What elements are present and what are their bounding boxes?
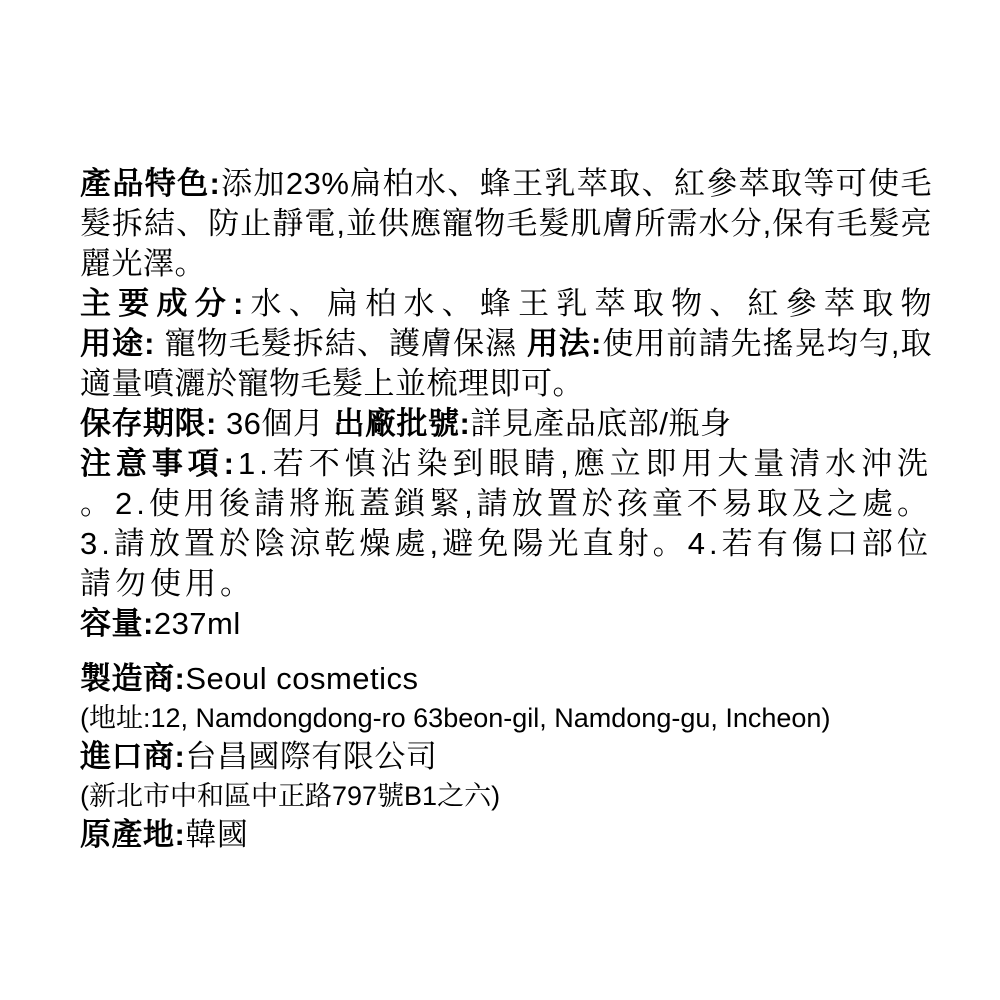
volume-text: 237ml: [154, 606, 241, 641]
origin-paragraph: 原產地:韓國: [80, 815, 932, 855]
usage-label: 用途:: [80, 326, 155, 361]
shelf-life-paragraph: 保存期限: 36個月 出廠批號:詳見產品底部/瓶身: [80, 404, 932, 444]
product-label: 產品特色:添加23%扁柏水、蜂王乳萃取、紅參萃取等可使毛髮拆結、防止靜電,並供應…: [80, 164, 932, 855]
manufacturer-paragraph: 製造商:Seoul cosmetics: [80, 659, 932, 699]
manufacturer-address: (地址:12, Namdongdong-ro 63beon-gil, Namdo…: [80, 699, 932, 737]
features-label: 產品特色:: [80, 166, 220, 201]
usage-text: 寵物毛髮拆結、護膚保濕: [155, 326, 527, 361]
usage-paragraph: 用途: 寵物毛髮拆結、護膚保濕 用法:使用前請先搖晃均勻,取適量噴灑於寵物毛髮上…: [80, 324, 932, 404]
importer-address-text: (新北市中和區中正路797號B1之六): [80, 781, 500, 811]
ingredients-label: 主要成分:: [80, 286, 244, 321]
manufacturer-address-text: (地址:12, Namdongdong-ro 63beon-gil, Namdo…: [80, 703, 830, 733]
precautions-label: 注意事項:: [80, 446, 238, 481]
importer-text: 台昌國際有限公司: [185, 739, 437, 774]
shelf-life-text: 36個月: [217, 406, 334, 441]
ingredients-paragraph: 主要成分:水、扁柏水、蜂王乳萃取物、紅參萃取物: [80, 284, 932, 324]
importer-paragraph: 進口商:台昌國際有限公司: [80, 737, 932, 777]
directions-label: 用法:: [527, 326, 602, 361]
manufacturer-label: 製造商:: [80, 661, 185, 696]
batch-number-text: 詳見產品底部/瓶身: [470, 406, 731, 441]
batch-number-label: 出廠批號:: [334, 406, 471, 441]
origin-label: 原產地:: [80, 817, 185, 852]
manufacturer-text: Seoul cosmetics: [185, 661, 418, 696]
volume-paragraph: 容量:237ml: [80, 604, 932, 644]
shelf-life-label: 保存期限:: [80, 406, 217, 441]
origin-text: 韓國: [185, 817, 248, 852]
volume-label: 容量:: [80, 606, 154, 641]
importer-label: 進口商:: [80, 739, 185, 774]
ingredients-text: 水、扁柏水、蜂王乳萃取物、紅參萃取物: [244, 286, 932, 321]
precautions-paragraph: 注意事項:1.若不慎沾染到眼睛,應立即用大量清水沖洗。2.使用後請將瓶蓋鎖緊,請…: [80, 444, 932, 604]
importer-address: (新北市中和區中正路797號B1之六): [80, 777, 932, 815]
features-paragraph: 產品特色:添加23%扁柏水、蜂王乳萃取、紅參萃取等可使毛髮拆結、防止靜電,並供應…: [80, 164, 932, 284]
